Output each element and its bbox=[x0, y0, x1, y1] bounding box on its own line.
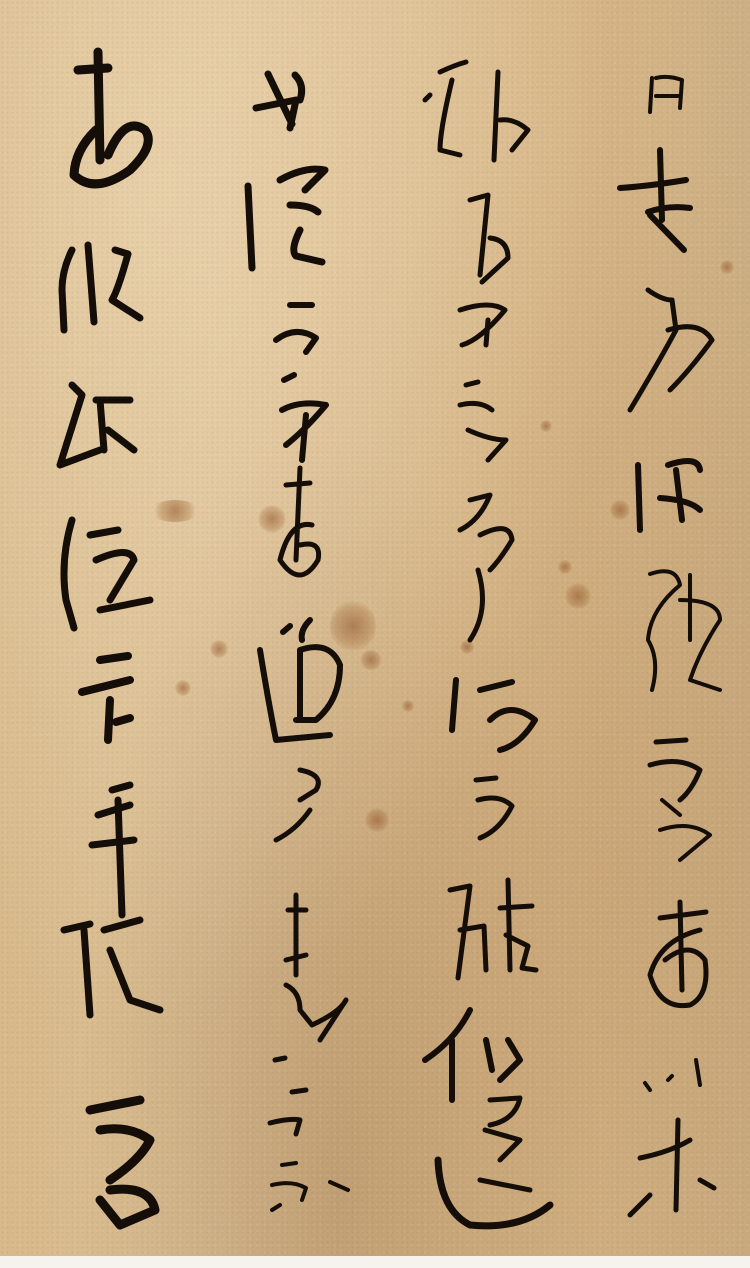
ink-strokes bbox=[0, 0, 750, 1256]
column-4-strokes bbox=[60, 52, 160, 1225]
calligraphy-paper: 曰吾家阿張彊二王書以求 雖未詳其始卒然後可以似道 也謂二王書道弟書二王 書經輟復… bbox=[0, 0, 750, 1256]
column-2-strokes bbox=[425, 62, 550, 1226]
column-3-strokes bbox=[248, 74, 348, 1210]
page-margin bbox=[0, 1256, 750, 1268]
column-1-strokes bbox=[620, 77, 720, 1215]
